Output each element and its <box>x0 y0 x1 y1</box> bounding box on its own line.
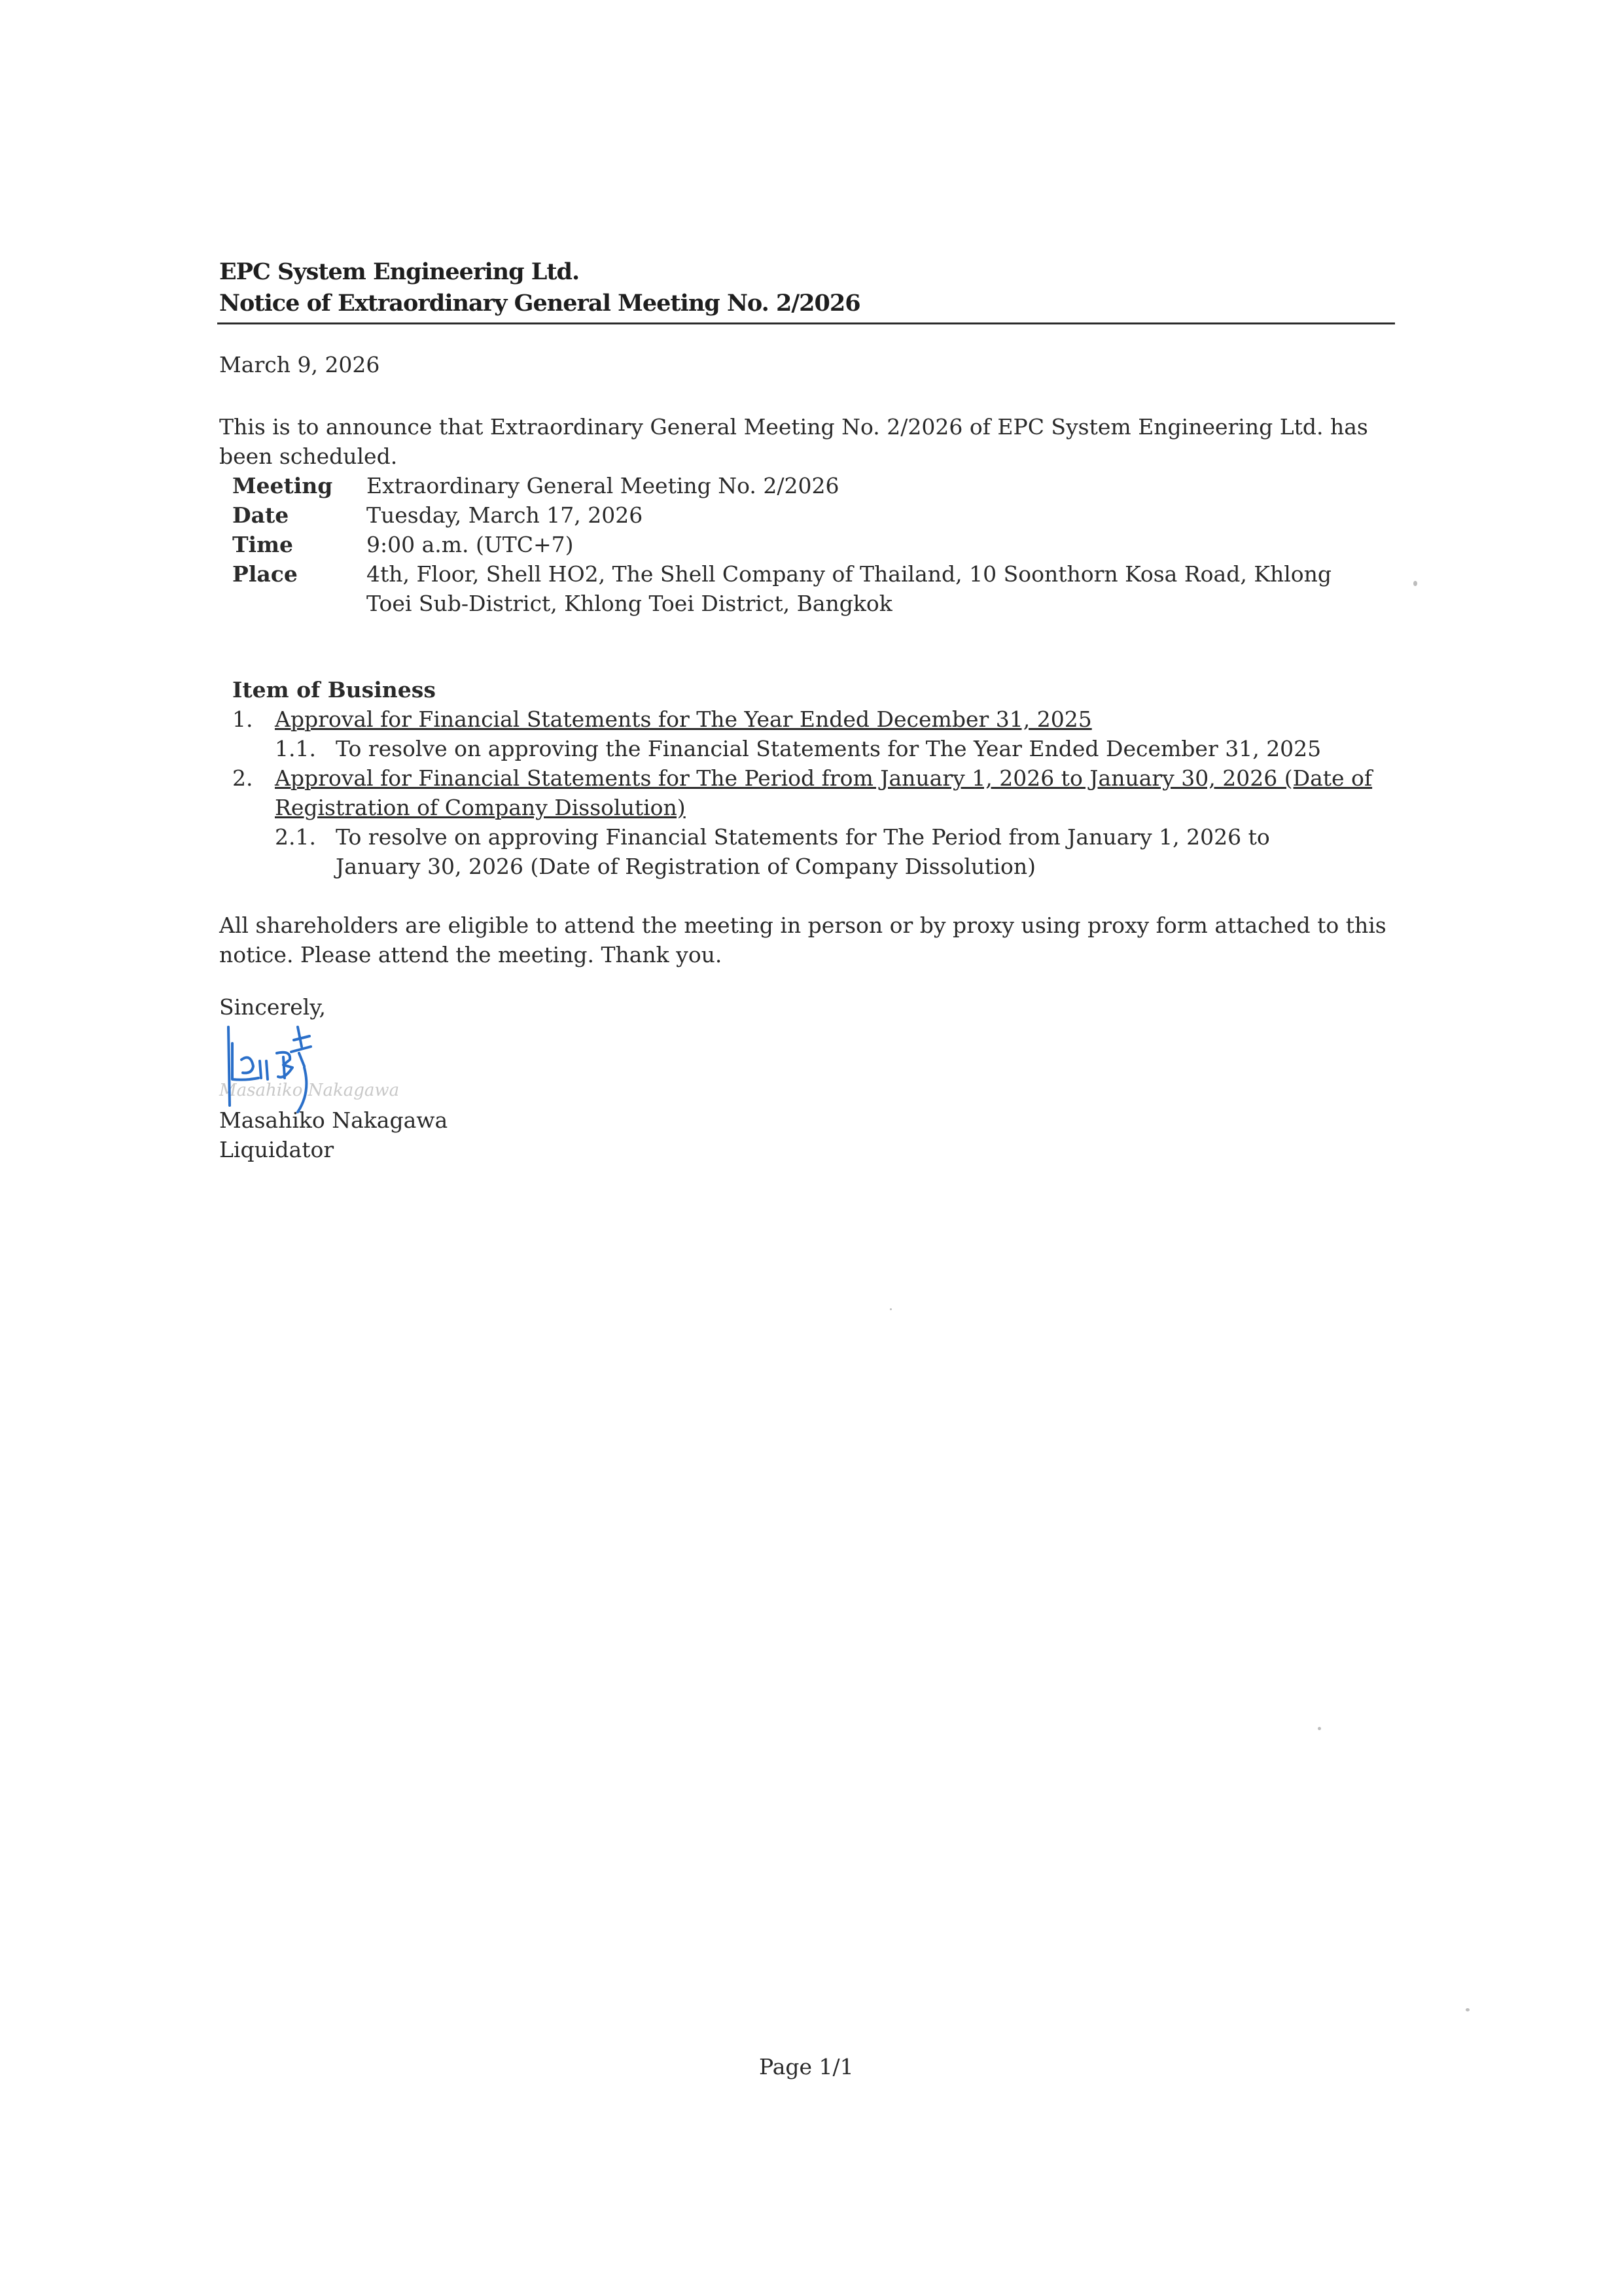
document-page: EPC System Engineering Ltd. Notice of Ex… <box>0 0 1624 2296</box>
letter-header: EPC System Engineering Ltd. Notice of Ex… <box>219 256 1397 319</box>
detail-value: 4th, Floor, Shell HO2, The Shell Company… <box>366 559 1374 618</box>
scan-speck <box>1318 1727 1321 1730</box>
scan-speck <box>890 1308 892 1310</box>
detail-row-date: Date Tuesday, March 17, 2026 <box>232 500 1410 530</box>
signer-role: Liquidator <box>219 1135 448 1164</box>
detail-row-place: Place 4th, Floor, Shell HO2, The Shell C… <box>232 559 1410 618</box>
scan-speck <box>1466 2008 1470 2011</box>
signer-name: Masahiko Nakagawa <box>219 1105 448 1135</box>
scan-speck <box>1413 581 1417 586</box>
handwritten-signature <box>219 1020 402 1119</box>
detail-label: Meeting <box>232 471 366 500</box>
page-number: Page 1/1 <box>759 2054 854 2079</box>
detail-label: Place <box>232 559 366 618</box>
detail-row-time: Time 9:00 a.m. (UTC+7) <box>232 530 1410 559</box>
header-divider <box>217 322 1395 324</box>
detail-label: Date <box>232 500 366 530</box>
closing-paragraph: All shareholders are eligible to attend … <box>219 911 1397 969</box>
detail-value: Tuesday, March 17, 2026 <box>366 500 1374 530</box>
detail-row-meeting: Meeting Extraordinary General Meeting No… <box>232 471 1410 500</box>
items-of-business: Item of Business 1. Approval for Financi… <box>232 675 1410 881</box>
letter-date: March 9, 2026 <box>219 352 380 377</box>
item-number: 1. <box>232 704 275 734</box>
agenda-item: 1. Approval for Financial Statements for… <box>232 704 1410 734</box>
meeting-details: Meeting Extraordinary General Meeting No… <box>232 471 1410 618</box>
subitem-number: 1.1. <box>275 734 336 763</box>
signer-block: Masahiko Nakagawa Liquidator <box>219 1105 448 1164</box>
item-number: 2. <box>232 763 275 822</box>
agenda-item: 2. Approval for Financial Statements for… <box>232 763 1410 822</box>
intro-paragraph: This is to announce that Extraordinary G… <box>219 412 1397 471</box>
salutation: Sincerely, <box>219 994 326 1020</box>
items-title: Item of Business <box>232 675 1410 704</box>
subitem-text: To resolve on approving Financial Statem… <box>336 822 1343 881</box>
agenda-subitem: 1.1. To resolve on approving the Financi… <box>275 734 1410 763</box>
subitem-text: To resolve on approving the Financial St… <box>336 734 1343 763</box>
detail-value: Extraordinary General Meeting No. 2/2026 <box>366 471 1374 500</box>
detail-value: 9:00 a.m. (UTC+7) <box>366 530 1374 559</box>
item-text: Approval for Financial Statements for Th… <box>275 704 1387 734</box>
subitem-number: 2.1. <box>275 822 336 881</box>
item-text: Approval for Financial Statements for Th… <box>275 763 1387 822</box>
notice-title: Notice of Extraordinary General Meeting … <box>219 288 1397 319</box>
agenda-subitem: 2.1. To resolve on approving Financial S… <box>275 822 1410 881</box>
company-name: EPC System Engineering Ltd. <box>219 256 1397 288</box>
detail-label: Time <box>232 530 366 559</box>
